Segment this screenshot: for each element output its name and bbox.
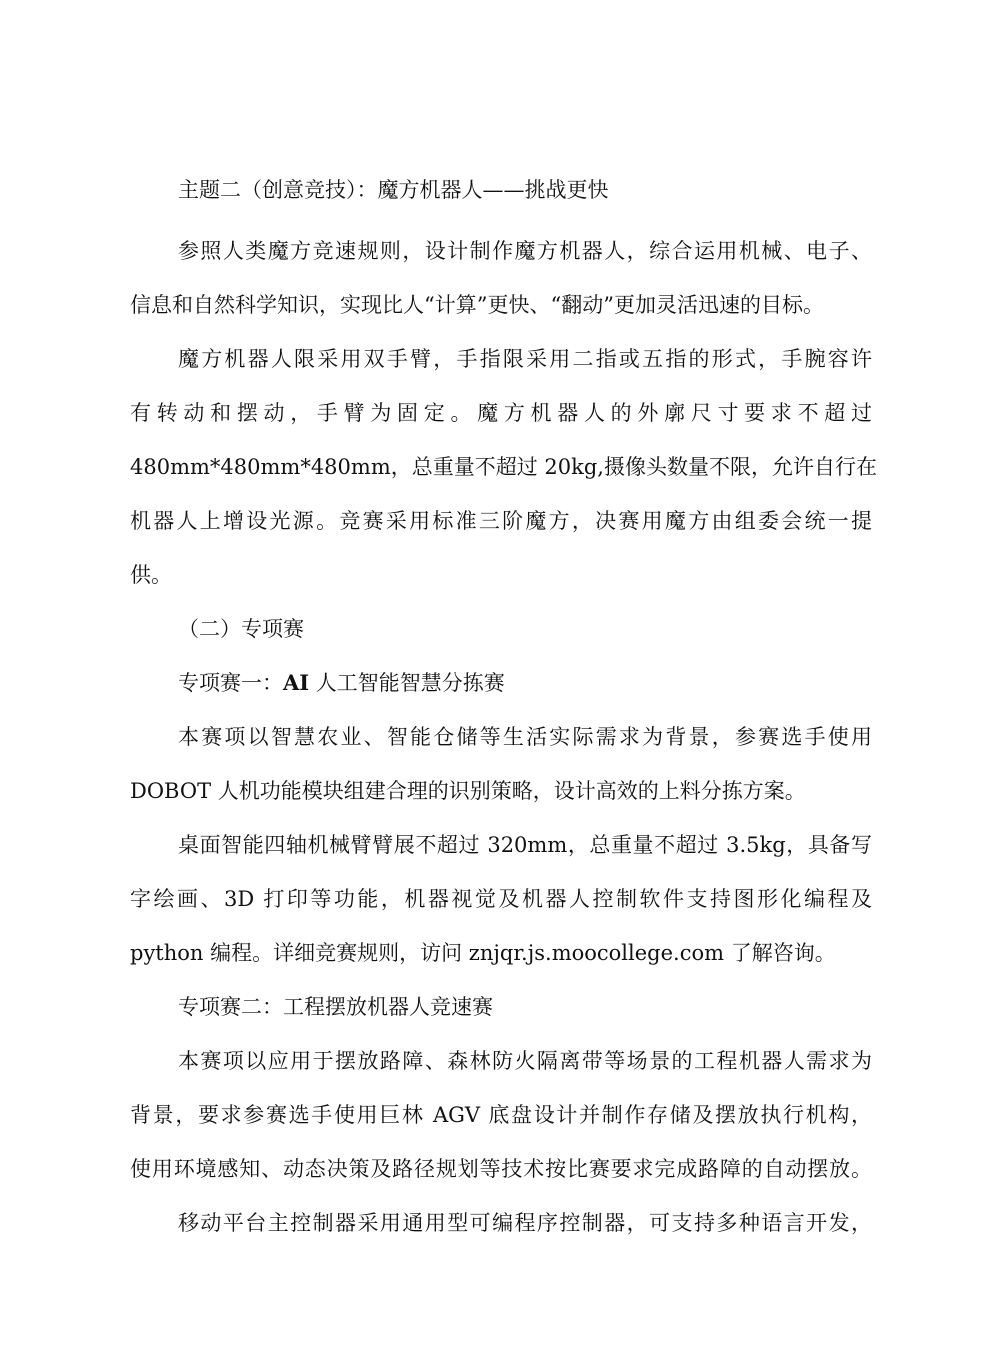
paragraph-line: 本赛项以智慧农业、智能仓储等生活实际需求为背景，参赛选手使用 <box>178 723 872 751</box>
paragraph-line: 魔方机器人限采用双手臂，手指限采用二指或五指的形式，手腕容许 <box>178 345 872 373</box>
paragraph-line: 供。 <box>130 561 172 589</box>
heading-theme-two: 主题二（创意竞技）：魔方机器人——挑战更快 <box>178 176 609 204</box>
paragraph-line: 移动平台主控制器采用通用型可编程序控制器，可支持多种语言开发， <box>178 1209 872 1237</box>
paragraph-line: 使用环境感知、动态决策及路径规划等技术按比赛要求完成路障的自动摆放。 <box>130 1155 872 1183</box>
heading-bold-ai: AI <box>283 670 309 695</box>
paragraph-line: 参照人类魔方竞速规则，设计制作魔方机器人，综合运用机械、电子、 <box>178 237 872 265</box>
section-heading-special-events: （二）专项赛 <box>178 615 304 643</box>
paragraph-line: 桌面智能四轴机械臂臂展不超过 320mm，总重量不超过 3.5kg，具备写 <box>178 831 872 859</box>
paragraph-line: DOBOT 人机功能模块组建合理的识别策略，设计高效的上料分拣方案。 <box>130 777 806 805</box>
paragraph-line: 机器人上增设光源。竞赛采用标准三阶魔方，决赛用魔方由组委会统一提 <box>130 507 872 535</box>
heading-prefix: 专项赛一： <box>178 671 283 695</box>
heading-special-event-one: 专项赛一：AI 人工智能智慧分拣赛 <box>178 669 505 697</box>
paragraph-line: 480mm*480mm*480mm，总重量不超过 20kg,摄像头数量不限，允许… <box>130 453 872 481</box>
paragraph-line: 背景，要求参赛选手使用巨林 AGV 底盘设计并制作存储及摆放执行机构， <box>130 1101 872 1129</box>
paragraph-line-with-url: python 编程。详细竞赛规则，访问 znjqr.js.moocollege.… <box>130 939 836 967</box>
paragraph-line: 本赛项以应用于摆放路障、森林防火隔离带等场景的工程机器人需求为 <box>178 1047 872 1075</box>
paragraph-line: 有转动和摆动，手臂为固定。魔方机器人的外廓尺寸要求不超过 <box>130 399 872 427</box>
paragraph-line: 字绘画、3D 打印等功能，机器视觉及机器人控制软件支持图形化编程及 <box>130 885 872 913</box>
heading-special-event-two: 专项赛二：工程摆放机器人竞速赛 <box>178 993 493 1021</box>
paragraph-line: 信息和自然科学知识，实现比人“计算”更快、“翻动”更加灵活迅速的目标。 <box>130 291 824 319</box>
heading-suffix: 人工智能智慧分拣赛 <box>309 671 505 695</box>
